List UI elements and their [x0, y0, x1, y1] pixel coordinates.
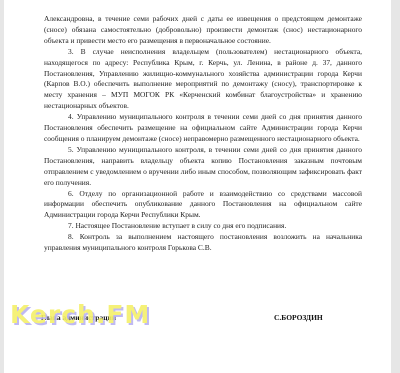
- paragraph-item-7: 7. Настоящее Постановление вступает в си…: [44, 221, 362, 232]
- signature-name: С.БОРОЗДИН: [274, 313, 323, 322]
- page-margin: [391, 0, 400, 373]
- paragraph-item-5: 5. Управлению муниципального контроля, в…: [44, 145, 362, 189]
- paragraph-item-8: 8. Контроль за выполнением настоящего по…: [44, 232, 362, 254]
- paragraph-continuation: Александровна, в течение семи рабочих дн…: [44, 14, 362, 47]
- watermark-logo: Kerch.FM: [10, 300, 150, 329]
- paragraph-item-3: 3. В случае неисполнения владельцем (пол…: [44, 47, 362, 112]
- document-body: Александровна, в течение семи рабочих дн…: [44, 14, 362, 254]
- document-page: Александровна, в течение семи рабочих дн…: [4, 0, 391, 373]
- paragraph-item-6: 6. Отделу по организационной работе и вз…: [44, 189, 362, 222]
- paragraph-item-4: 4. Управлению муниципального контроля в …: [44, 112, 362, 145]
